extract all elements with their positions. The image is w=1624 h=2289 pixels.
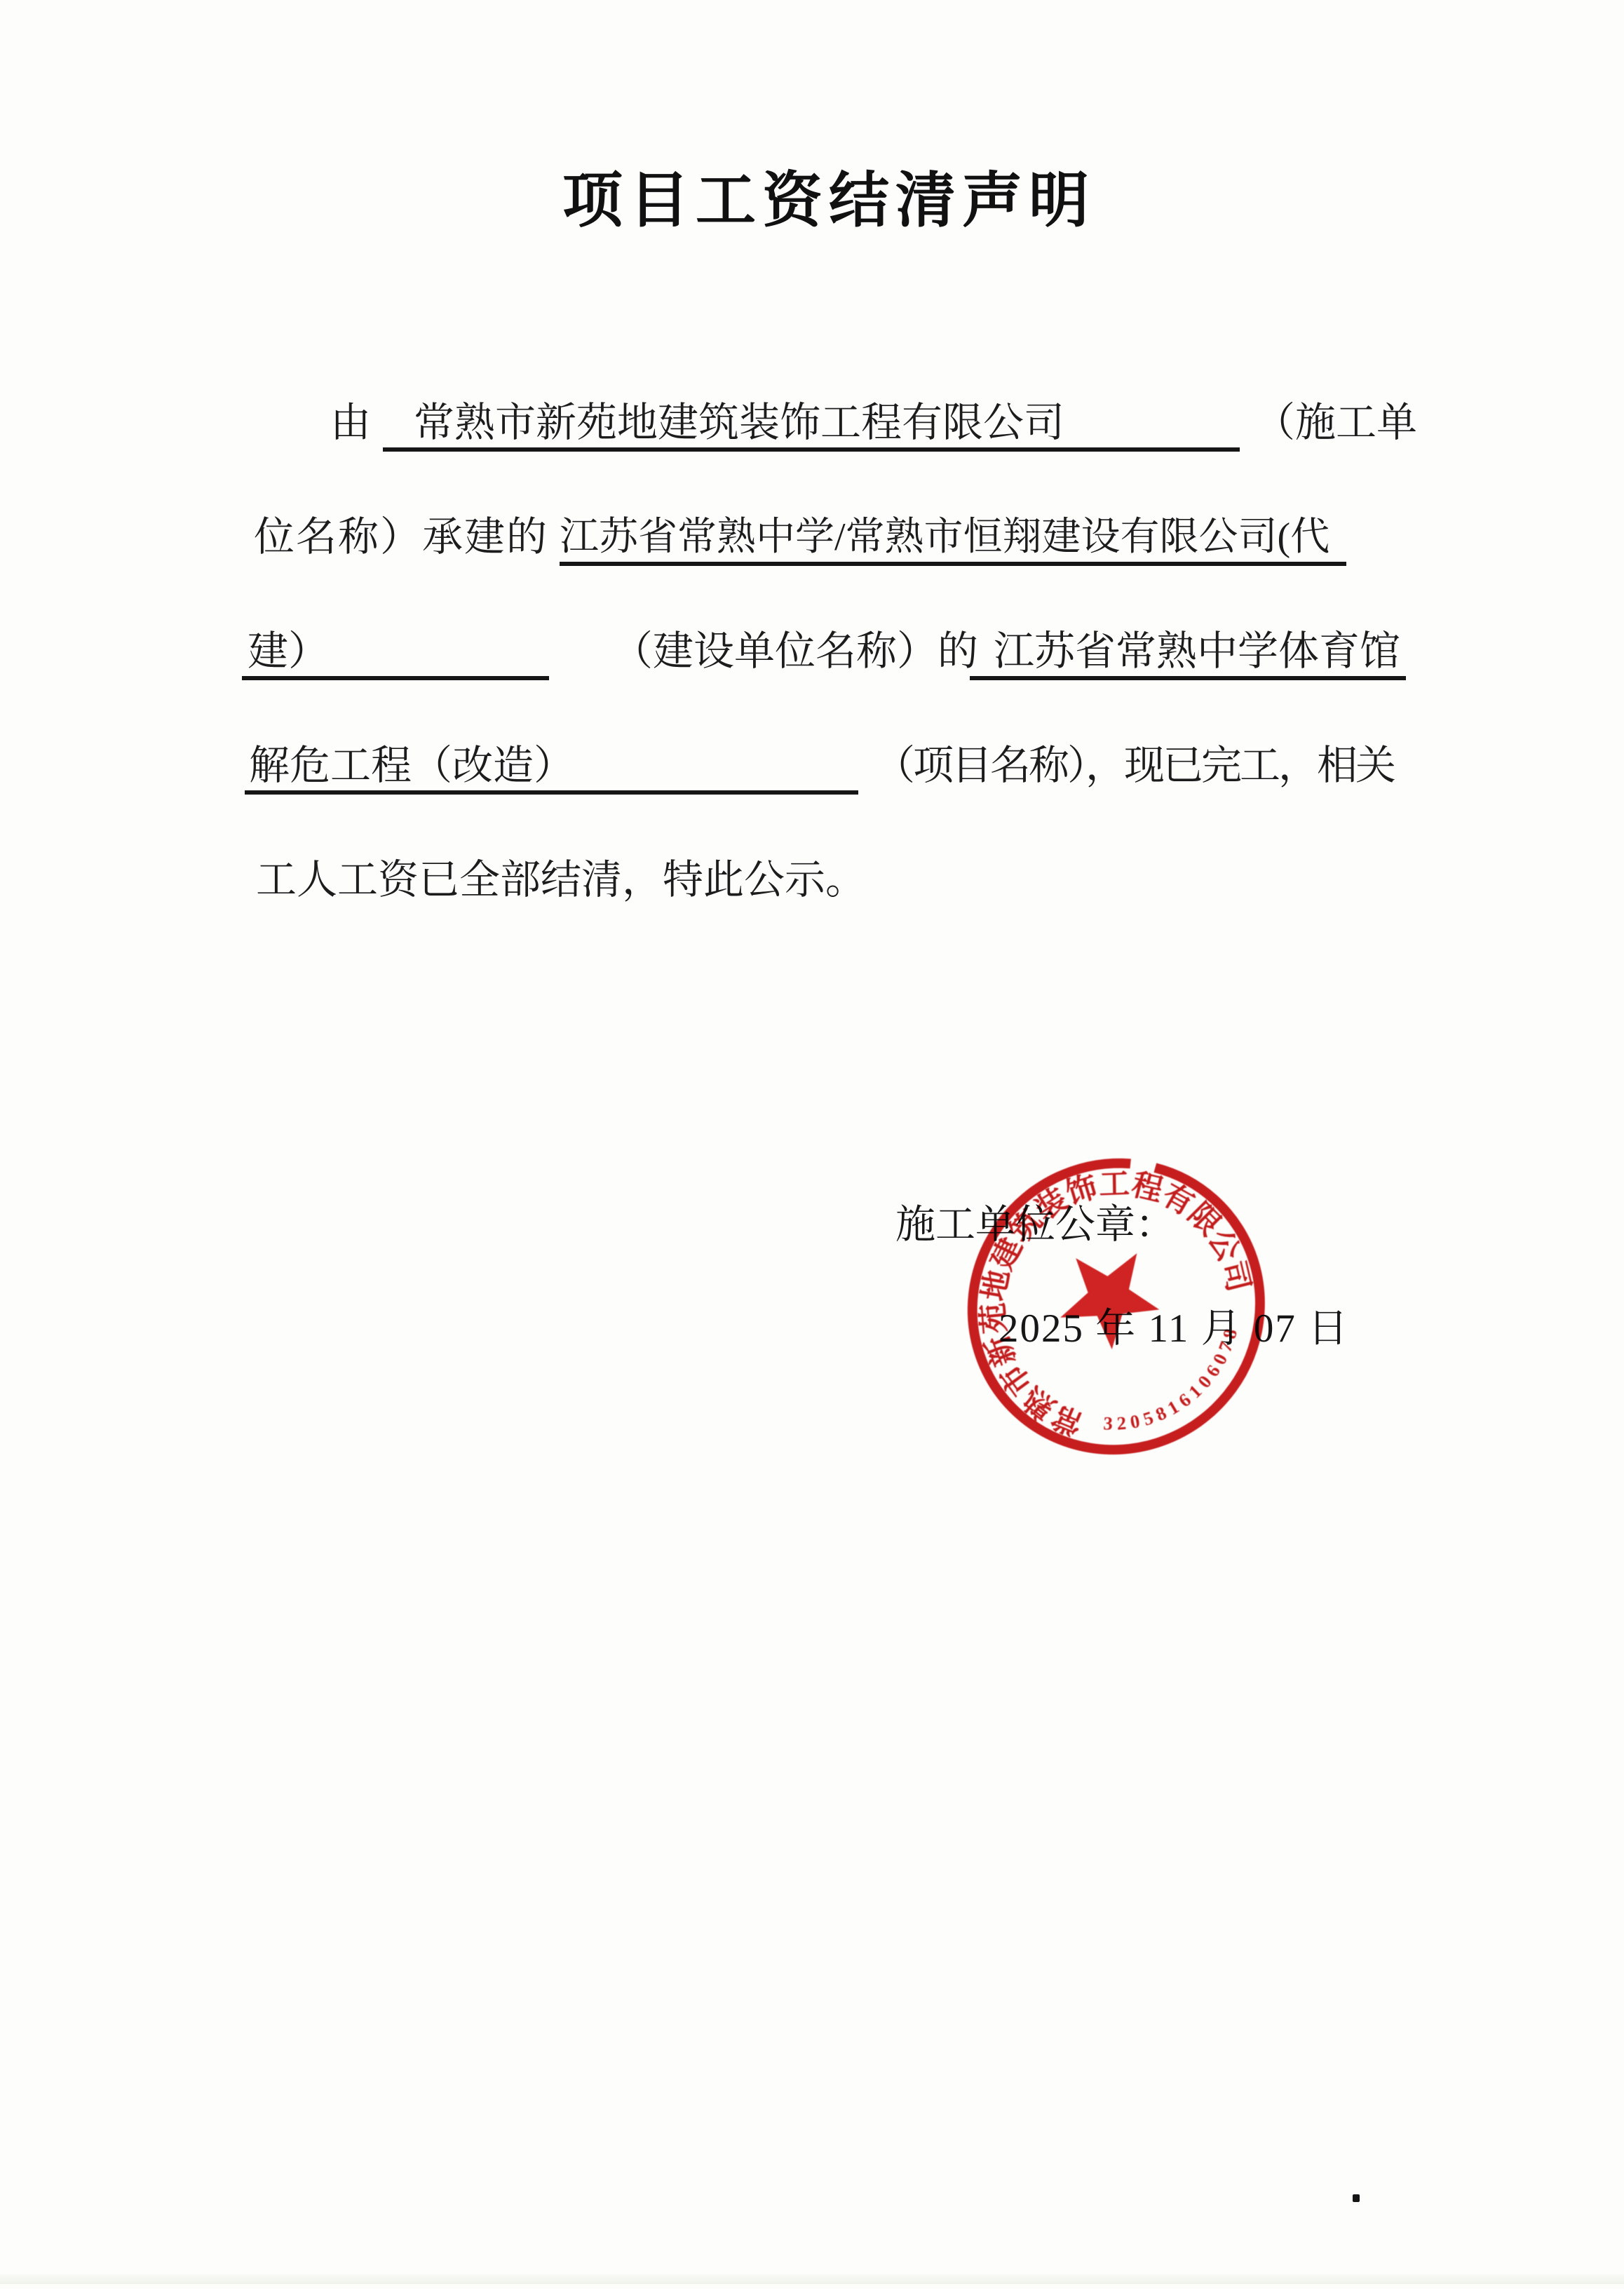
seal-graphic: 常熟市新苑地建筑装饰工程有限公司 3205816106078 xyxy=(901,1092,1331,1521)
line2-underline-field: 江苏省常熟中学/常熟市恒翔建设有限公司(代 xyxy=(560,511,1346,566)
line1-suffix: （施工单 xyxy=(1254,398,1417,447)
owner-unit-name: 江苏省常熟中学/常熟市恒翔建设有限公司(代 xyxy=(560,515,1329,559)
scanned-document-page: { "document": { "title": "项目工资结清声明", "pa… xyxy=(0,0,1624,2289)
scan-speck xyxy=(1353,2194,1360,2202)
seal-star-icon xyxy=(1038,1226,1174,1361)
company-seal-stamp: 常熟市新苑地建筑装饰工程有限公司 3205816106078 xyxy=(901,1092,1331,1521)
construction-company-name: 常熟市新苑地建筑装饰工程有限公司 xyxy=(383,400,1064,445)
line5-text: 工人工资已全部结清，特此公示。 xyxy=(256,856,866,905)
project-name-part1: 江苏省常熟中学体育馆 xyxy=(970,628,1400,674)
line4-suffix: （项目名称），现已完工，相关 xyxy=(874,741,1394,790)
project-name-part2: 解危工程（改造） xyxy=(245,743,574,788)
line3-underline-field-1: 建） xyxy=(242,626,549,680)
line3-underline-field-2: 江苏省常熟中学体育馆 xyxy=(970,626,1406,680)
line4-underline-field: 解危工程（改造） xyxy=(245,740,858,795)
line1-prefix: 由 xyxy=(330,398,371,447)
owner-unit-name-tail: 建） xyxy=(242,628,329,674)
line2-prefix: 位名称）承建的 xyxy=(254,513,548,562)
line3-mid-text: （建设单位名称）的 xyxy=(612,627,978,676)
scan-edge-strip xyxy=(0,2274,1624,2284)
line1-underline-field: 常熟市新苑地建筑装饰工程有限公司 xyxy=(383,397,1240,452)
document-title: 项目工资结清声明 xyxy=(562,151,1095,238)
